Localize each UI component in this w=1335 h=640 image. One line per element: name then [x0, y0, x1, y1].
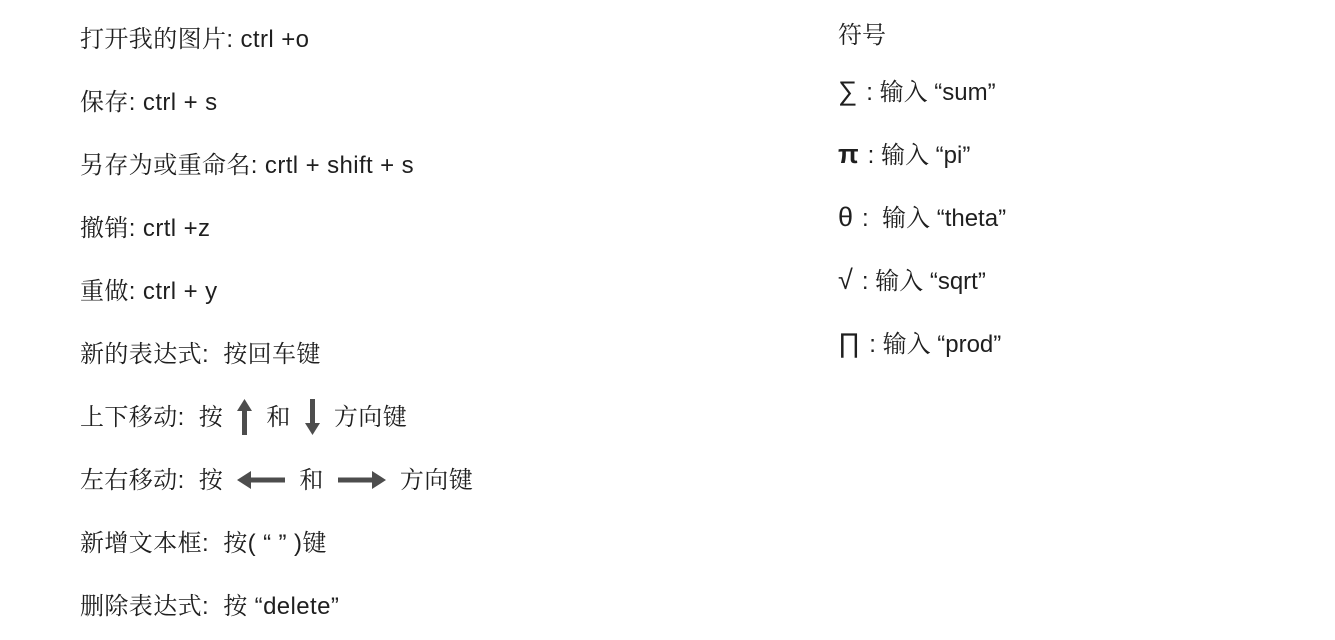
shortcut-text: 删除表达式: 按 “delete”	[80, 593, 339, 620]
shortcut-line-delete-expression: 删除表达式: 按 “delete”	[80, 575, 473, 638]
shortcut-line-move-horizontal: 左右移动: 按 和 方向键	[80, 449, 473, 512]
shortcut-text: 上下移动: 按	[80, 404, 230, 431]
shortcut-text: 和	[259, 404, 298, 431]
sqrt-symbol: √	[838, 265, 853, 295]
shortcut-text: 方向键	[327, 404, 407, 431]
shortcut-line-undo: 撤销: crtl +z	[80, 197, 473, 260]
symbol-text: : 输入 “sqrt”	[862, 268, 986, 295]
shortcuts-list: 打开我的图片: ctrl +o 保存: ctrl + s 另存为或重命名: cr…	[80, 8, 473, 638]
shortcut-text: 撤销: crtl +z	[80, 215, 210, 242]
shortcut-text: 保存: ctrl + s	[80, 89, 217, 116]
symbol-line-pi: π: 输入 “pi”	[838, 123, 1006, 186]
prod-symbol: ∏	[838, 328, 860, 358]
sum-symbol: ∑	[838, 76, 857, 106]
shortcut-line-open: 打开我的图片: ctrl +o	[80, 8, 473, 71]
shortcut-line-new-expression: 新的表达式: 按回车键	[80, 323, 473, 386]
symbol-line-theta: θ: 输入 “theta”	[838, 186, 1006, 249]
theta-symbol: θ	[838, 202, 853, 232]
symbol-text: : 输入 “sum”	[866, 79, 995, 106]
symbols-section: 符号 ∑: 输入 “sum” π: 输入 “pi” θ: 输入 “theta” …	[838, 12, 1006, 375]
up-arrow-icon	[237, 399, 252, 435]
pi-symbol: π	[838, 139, 859, 169]
shortcut-text: 和	[292, 467, 331, 494]
shortcut-line-new-textbox: 新增文本框: 按( “ ” )键	[80, 512, 473, 575]
symbol-text: : 输入 “pi”	[868, 142, 971, 169]
shortcut-line-redo: 重做: ctrl + y	[80, 260, 473, 323]
shortcut-text: 左右移动: 按	[80, 467, 230, 494]
symbol-text: : 输入 “theta”	[862, 205, 1006, 232]
left-arrow-icon	[237, 471, 285, 489]
shortcut-text: 重做: ctrl + y	[80, 278, 217, 305]
symbol-line-sum: ∑: 输入 “sum”	[838, 60, 1006, 123]
symbol-text: : 输入 “prod”	[869, 331, 1001, 358]
right-arrow-icon	[338, 471, 386, 489]
symbol-line-sqrt: √: 输入 “sqrt”	[838, 249, 1006, 312]
shortcut-text: 另存为或重命名: crtl + shift + s	[80, 152, 414, 179]
symbol-line-prod: ∏: 输入 “prod”	[838, 312, 1006, 375]
down-arrow-icon	[305, 399, 320, 435]
symbols-title: 符号	[838, 12, 1006, 60]
shortcut-text: 新的表达式: 按回车键	[80, 341, 321, 368]
shortcut-line-save-as: 另存为或重命名: crtl + shift + s	[80, 134, 473, 197]
shortcut-text: 打开我的图片: ctrl +o	[80, 26, 309, 53]
shortcut-text: 方向键	[393, 467, 473, 494]
shortcut-line-save: 保存: ctrl + s	[80, 71, 473, 134]
shortcut-line-move-vertical: 上下移动: 按 和 方向键	[80, 386, 473, 449]
shortcut-text: 新增文本框: 按( “ ” )键	[80, 530, 327, 557]
